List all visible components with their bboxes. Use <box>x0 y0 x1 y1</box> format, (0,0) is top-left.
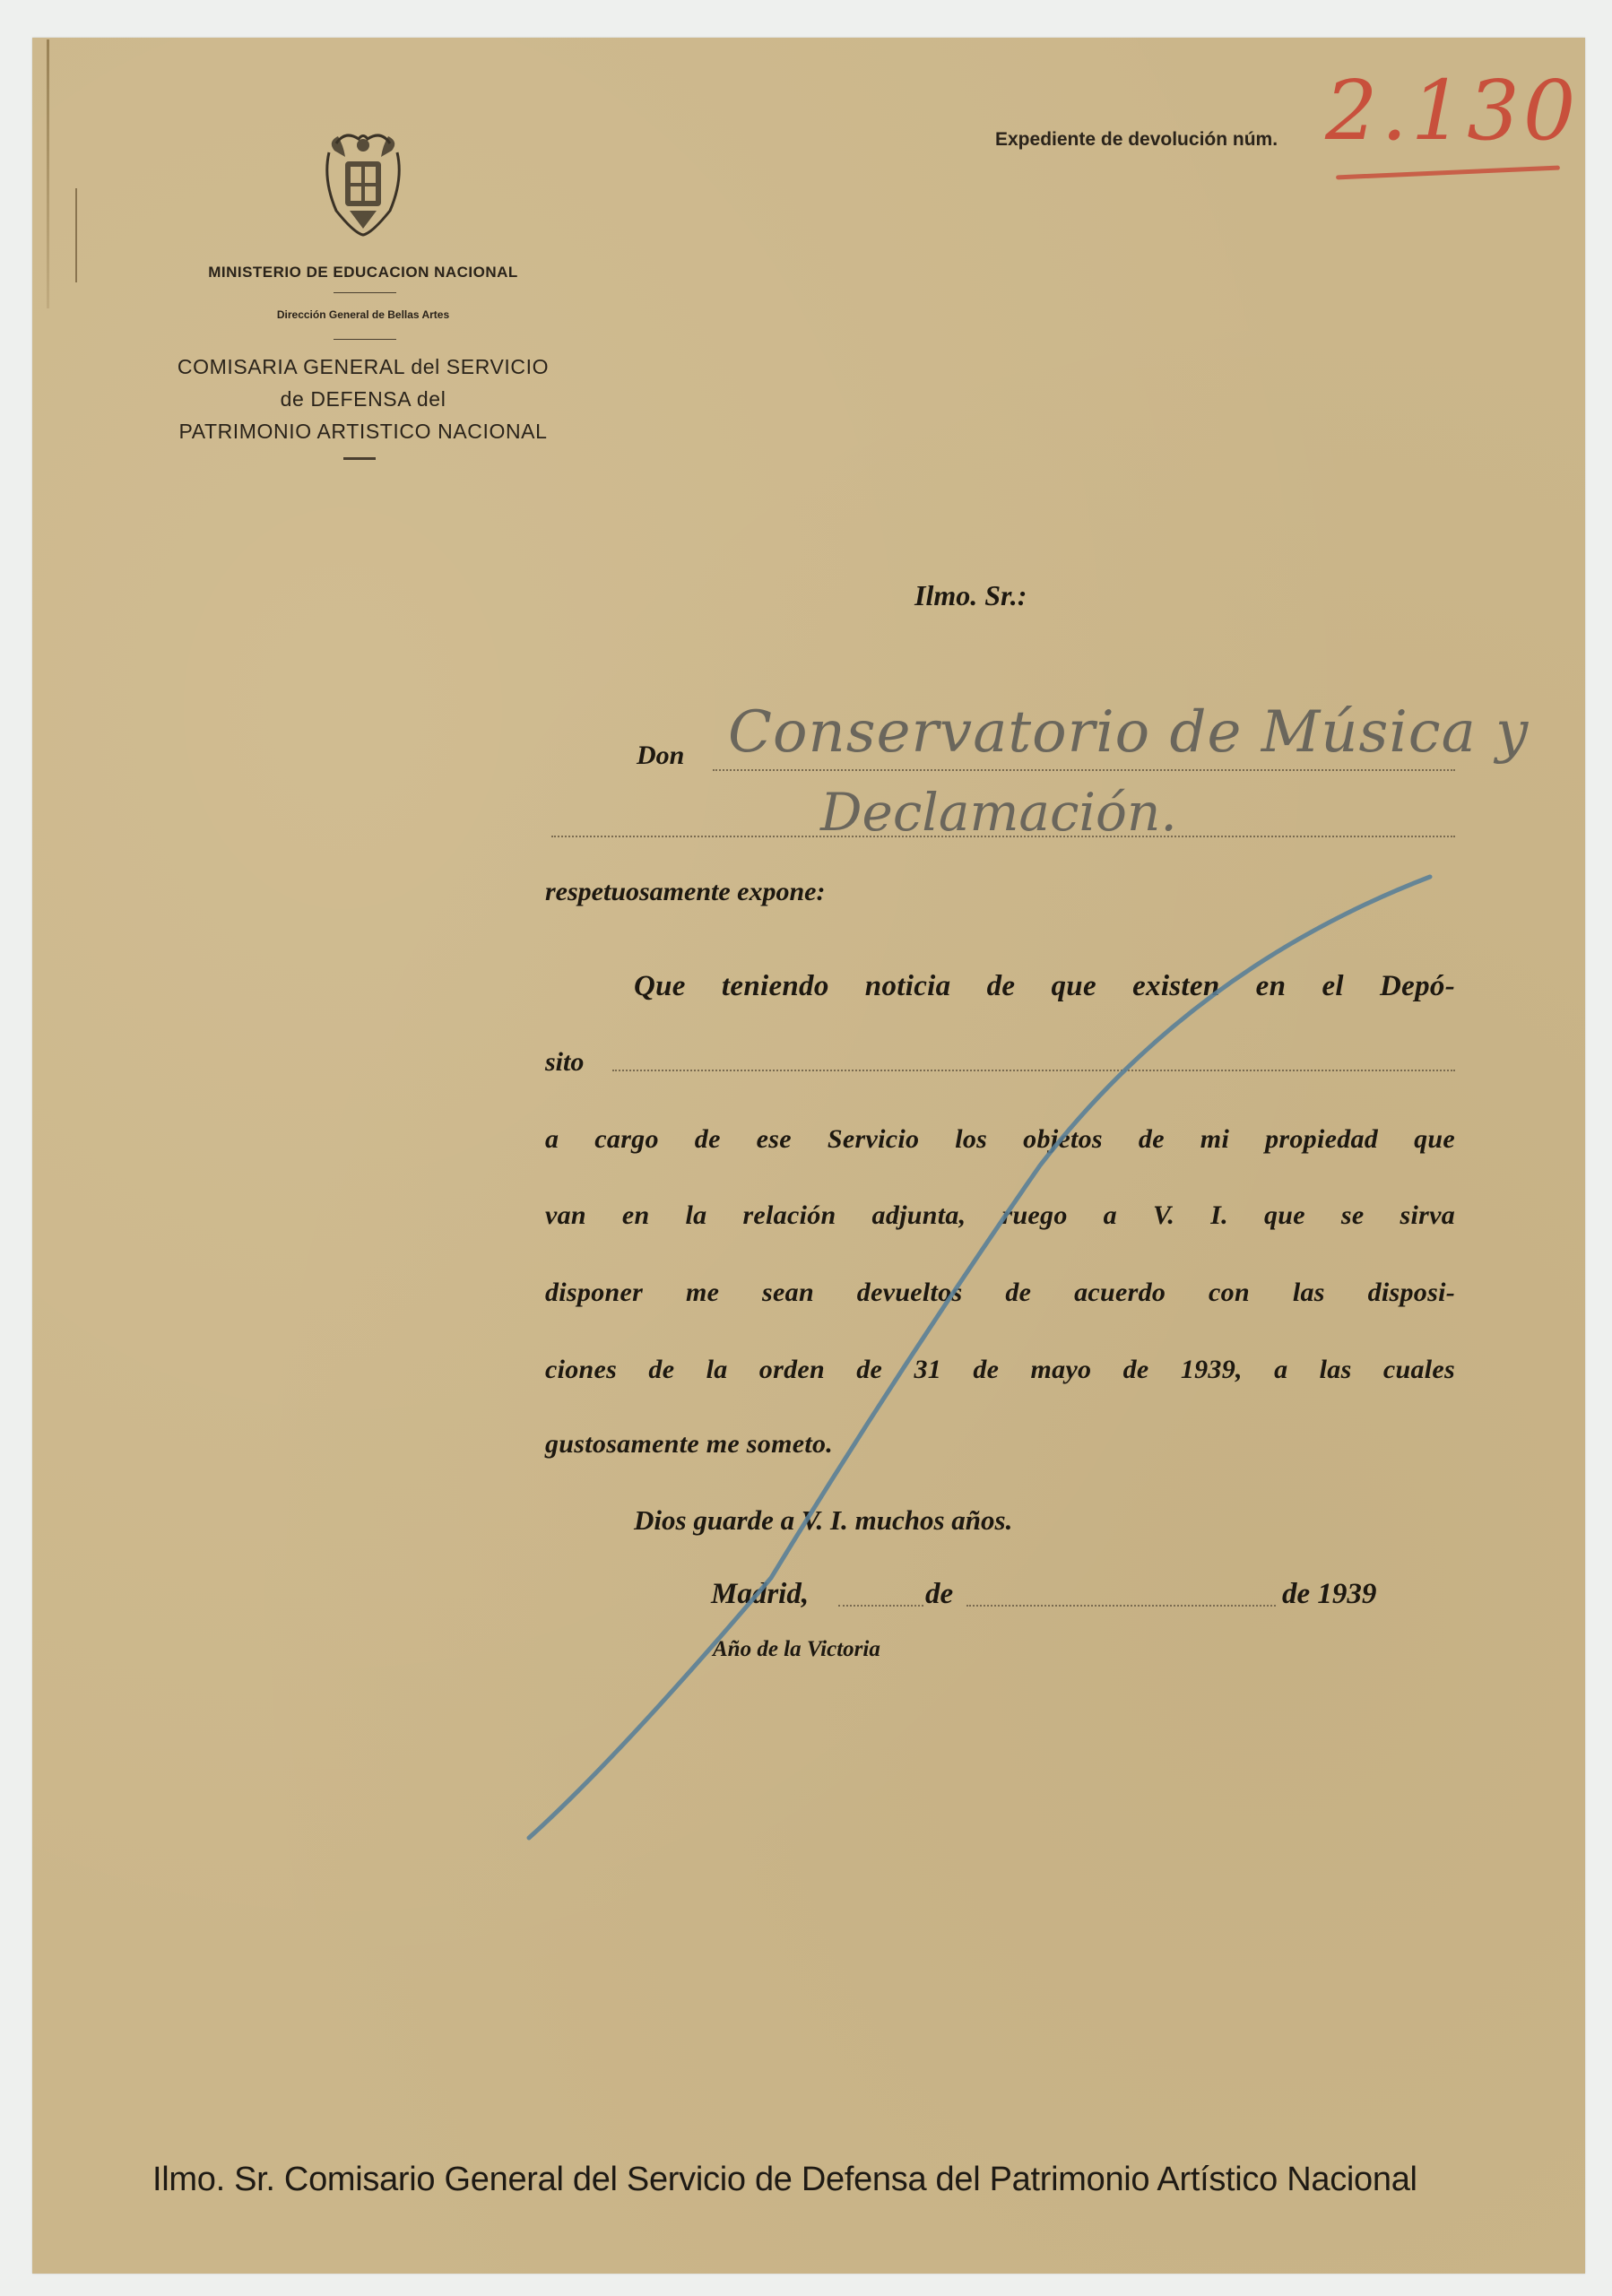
cancellation-stroke <box>0 0 1612 2296</box>
